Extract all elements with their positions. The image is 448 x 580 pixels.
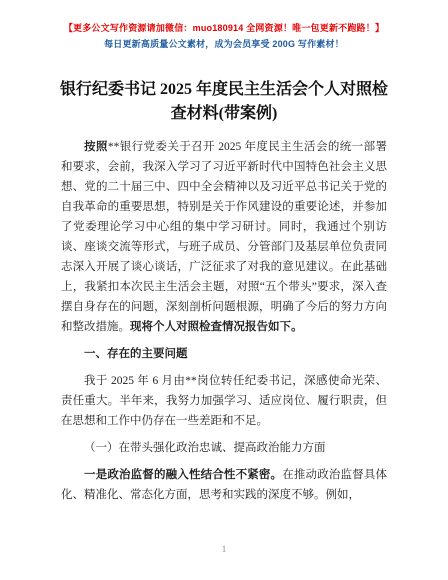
promo-line-1: 【更多公文写作资源请加微信：muo180914 全网资源！唯一包更新不跑路！】 [0,22,448,34]
text-run-bold: 一是政治监督的融入性结合性不紧密。 [84,469,282,481]
text-run-bold: 按照 [84,141,108,153]
promo-line-2: 每日更新高质量公文素材，成为会员享受 200G 写作素材！ [0,38,448,50]
paragraph-issue-1: 一是政治监督的融入性结合性不紧密。在推动政治监督具体化、精准化、常态化方面，思考… [61,465,387,505]
document-page: 【更多公文写作资源请加微信：muo180914 全网资源！唯一包更新不跑路！】 … [0,0,448,580]
text-run: **银行党委关于召开 2025 年度民主生活会的统一部署和要求，会前，我深入学习… [61,141,387,333]
subsection-heading-political-loyalty: （一）在带头强化政治忠诚、提高政治能力方面 [61,438,387,458]
section-heading-main-problems: 一、存在的主要问题 [61,344,387,364]
promo-header: 【更多公文写作资源请加微信：muo180914 全网资源！唯一包更新不跑路！】 … [0,0,448,50]
page-number: 1 [0,544,448,554]
document-body: 按照**银行党委关于召开 2025 年度民主生活会的统一部署和要求，会前，我深入… [61,137,387,505]
paragraph-intro: 按照**银行党委关于召开 2025 年度民主生活会的统一部署和要求，会前，我深入… [61,137,387,337]
text-run-bold: 现将个人对照检查情况报告如下。 [130,321,303,333]
paragraph-background: 我于 2025 年 6 月由**岗位转任纪委书记，深感使命光荣、责任重大。半年来… [61,371,387,431]
document-title: 银行纪委书记 2025 年度民主生活会个人对照检查材料(带案例) [57,78,391,126]
